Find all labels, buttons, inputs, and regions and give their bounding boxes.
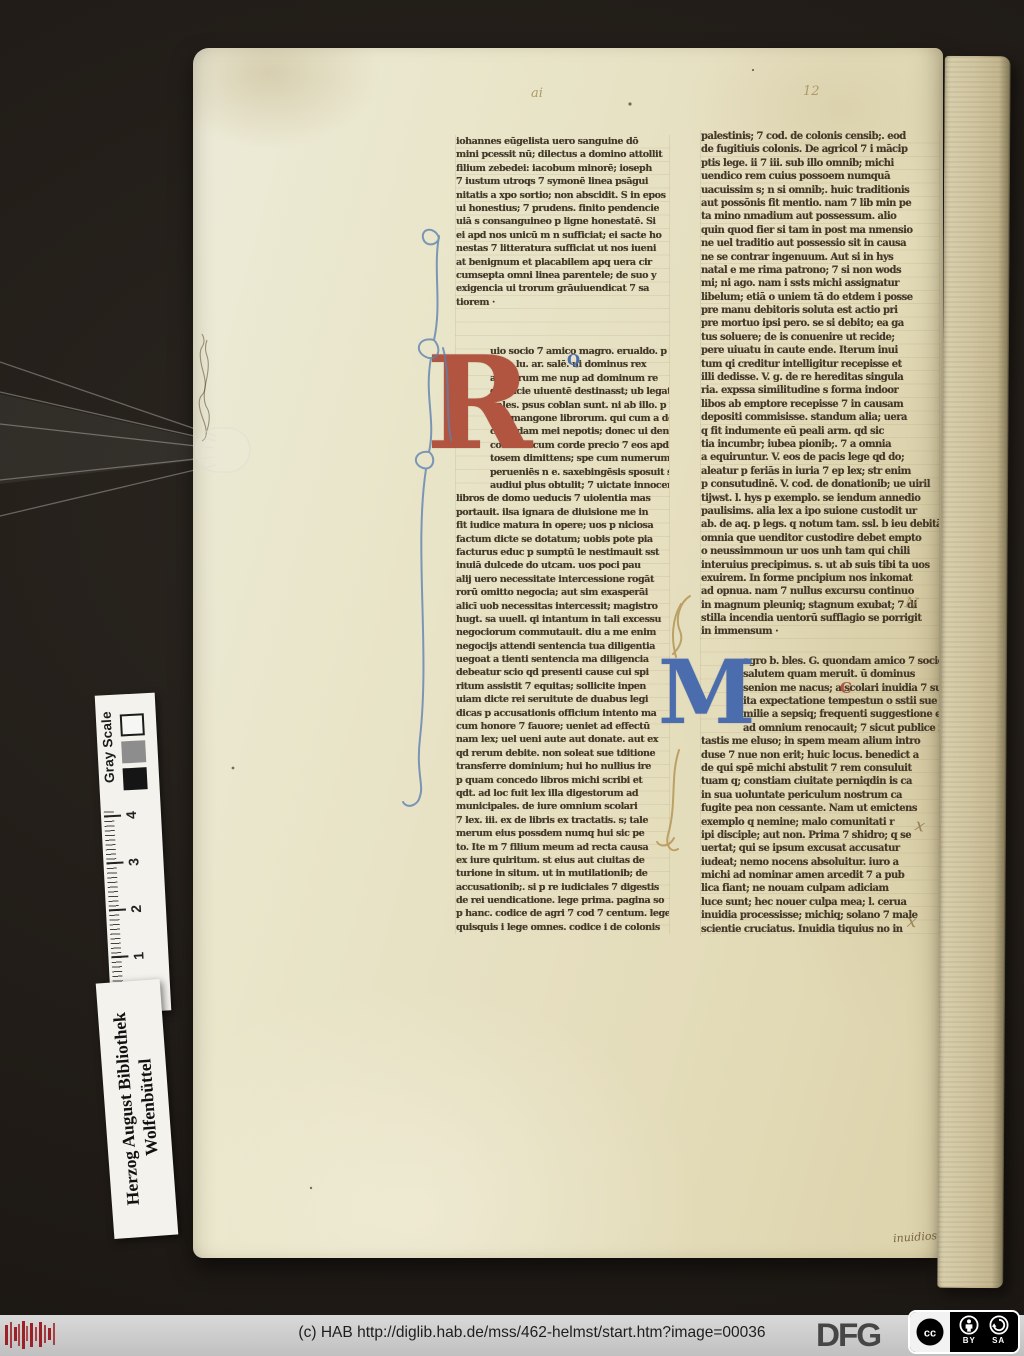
dropcap-spacer xyxy=(701,655,743,723)
manuscript-text-line: cuiusdam mei nepotis; donec ui dentur xyxy=(490,425,669,438)
manuscript-text-line: ne uel traditio aut possessio sit in cau… xyxy=(701,237,939,250)
manuscript-text-line: uales. psus coblan sunt. ni ab illo. p p… xyxy=(490,399,669,412)
text-block: uio socio 7 amico magro. erualdo. pbles.… xyxy=(456,345,669,934)
manuscript-text-line: fugite pea non cessante. Nam ut emictens xyxy=(701,802,939,815)
swatch-gray xyxy=(121,740,146,763)
ruler-scale: 01234 xyxy=(100,797,171,1012)
manuscript-text-line: uegoat a tienti sentencia ma diligencia xyxy=(456,653,669,666)
manuscript-text-line: interuius precipimus. s. ut ab suis tibi… xyxy=(701,559,939,572)
manuscript-text-line: cumsepta omni linea parentele; de suo y xyxy=(456,269,669,282)
manuscript-text-line: qdt. ad loc fuit lex illa digestorum ad xyxy=(456,787,669,800)
manuscript-text-line: q fit indumente eū peali arm. qd sic xyxy=(701,425,939,438)
manuscript-text-line: iohannes eūgelista uero sanguine dō xyxy=(456,135,669,148)
text-block: iohannes eūgelista uero sanguine dōmini … xyxy=(456,135,669,309)
manuscript-text-line: duse 7 nue non erit; huic locus. benedic… xyxy=(701,749,939,762)
text-column-left: iohannes eūgelista uero sanguine dōmini … xyxy=(455,135,670,934)
manuscript-text-line: turione in situm. ut in mutilationib; de xyxy=(456,867,669,880)
manuscript-text-line: qd rerum debite. non soleat sue tditione xyxy=(456,747,669,760)
scan-viewer: ai 12 iohannes eūgelista uero sanguine d… xyxy=(0,0,1024,1356)
cc-logo-icon: cc xyxy=(915,1317,945,1347)
swatch-white xyxy=(120,713,145,736)
manuscript-text-line: ritum assistit 7 equitas; sollicite inpe… xyxy=(456,680,669,693)
manuscript-text-line: libos ab emptore recepisse 7 in causam xyxy=(701,398,939,411)
manuscript-text-line: ria. expssa similitudine s forma indoor xyxy=(701,384,939,397)
manuscript-text-line: p quam concedo libros michi scribi et xyxy=(456,774,669,787)
manuscript-text-line: nestas 7 litteratura sufficiat ut nos iu… xyxy=(456,242,669,255)
manuscript-text-line: ad omnium renocauit; 7 sicut publice iam xyxy=(743,722,939,735)
credit-bar: (c) HAB http://diglib.hab.de/mss/462-hel… xyxy=(0,1315,1024,1356)
manuscript-text-line: factum dicte se dotatum; uobis pote pia xyxy=(456,533,669,546)
svg-text:cc: cc xyxy=(924,1328,936,1340)
cc-by-person-icon xyxy=(959,1315,979,1335)
manuscript-text-line: gē fricie uiuentē destinasst; ub legatiu… xyxy=(490,385,669,398)
manuscript-text-line: negocijs attendi sentencia tua diligenti… xyxy=(456,640,669,653)
text-column-right: palestinis; 7 cod. de colonis censib;. e… xyxy=(700,130,940,936)
manuscript-text-line: tijwst. l. hys p exemplo. se iendum anne… xyxy=(701,492,939,505)
manuscript-text-line: exuirem. In forme pncipium nos inkomat xyxy=(701,572,939,585)
manuscript-text-line: inuiā dulcede do utcam. uos poci pau xyxy=(456,559,669,572)
manuscript-text-line: scientie cruciatus. Inuidia tiquius no i… xyxy=(701,923,939,936)
marginal-x-mark: x xyxy=(906,912,917,933)
manuscript-text-line: mi; ni ago. nam i ssts michi assignatur xyxy=(701,277,939,290)
manuscript-text-line: uio socio 7 amico magro. erualdo. p xyxy=(490,345,669,358)
manuscript-text-line: depositi commisisse. standum alia; uera xyxy=(701,411,939,424)
manuscript-text-line: a equiruntur. V. eos de pacis lege qd do… xyxy=(701,451,939,464)
manuscript-text-line: exigencia ui trorum grāuiuendicat 7 sa xyxy=(456,282,669,295)
manuscript-text-line: palestinis; 7 cod. de colonis censib;. e… xyxy=(701,130,939,143)
edge-writing xyxy=(199,334,209,441)
manuscript-text-line: uiam dicte rei seruitute de duabus legi xyxy=(456,693,669,706)
manuscript-text-line: inuidia processisse; michiq; solano 7 ma… xyxy=(701,909,939,922)
manuscript-text-line: perueniēs n e. saxebingēsis sposuit sicu… xyxy=(490,466,669,479)
manuscript-text-line: de fugitiuis colonis. De agricol 7 i māc… xyxy=(701,143,939,156)
cc-sa-label: SA xyxy=(992,1336,1005,1345)
manuscript-text-line: tastis me eluso; in spem meam alium intr… xyxy=(701,735,939,748)
manuscript-text-line: pre mortuo ipsi pero. se si debito; ea g… xyxy=(701,317,939,330)
gray-scale-title: Gray Scale xyxy=(98,695,118,800)
gray-scale-card: 01234 Gray Scale xyxy=(95,693,172,1014)
manuscript-text-line: negociorum commutauit. diu a me enim xyxy=(456,626,669,639)
manuscript-text-line: dicas p accusationis officium intento ma xyxy=(456,707,669,720)
manuscript-page: ai 12 iohannes eūgelista uero sanguine d… xyxy=(193,48,943,1258)
manuscript-text-line: municipales. de iure omnium scolari xyxy=(456,800,669,813)
manuscript-text-line: o neussimmoun ur uos unh tam qui chili xyxy=(701,545,939,558)
manuscript-text-line: tia incumbr; iubea pionib;. 7 a omnia xyxy=(701,438,939,451)
manuscript-text-line: nitatis a xpo sortio; non abscidit. S in… xyxy=(456,189,669,202)
manuscript-text-line: hugt. sa uuell. qi intantum in tali exce… xyxy=(456,613,669,626)
manuscript-text-line: transferre dominium; hui ho nullius ire xyxy=(456,760,669,773)
manuscript-text-line: tum qi creditur intelligitur recepisse e… xyxy=(701,358,939,371)
manuscript-text-line: tus soluere; de is conuenire ut recide; xyxy=(701,331,939,344)
manuscript-text-line: alicī uob necessitas intercessit; magist… xyxy=(456,600,669,613)
manuscript-text-line: lico mangone librorum. qui cum a dopn xyxy=(490,412,669,425)
manuscript-text-line: ei apd nos unicū m n sufficiat; ei sacte… xyxy=(456,229,669,242)
manuscript-text-line: salutem quam meruit. ū dominus xyxy=(743,668,939,681)
manuscript-text-line: exemplo q nemine; malo comunitati r xyxy=(701,816,939,829)
text-block: agro b. bles. G. quondam amico 7 socio s… xyxy=(701,655,939,936)
manuscript-text-line: at benignum et placabilem apq uera cir xyxy=(456,256,669,269)
dfg-logo: DFG xyxy=(816,1317,880,1354)
dropcap-spacer xyxy=(456,345,490,479)
manuscript-text-line: uertat; qui se ipsum excusat accusatur xyxy=(701,842,939,855)
manuscript-text-line: merum eius possdem numq hui sic pe xyxy=(456,827,669,840)
manuscript-text-line: libelum; etiā o uniem tā do etdem i poss… xyxy=(701,291,939,304)
manuscript-text-line: iudeat; nemo nocens absoluitur. iuro a xyxy=(701,856,939,869)
manuscript-text-line: portauit. ilsa ignara de diuisione me in xyxy=(456,506,669,519)
manuscript-text-line: filium zebedei: iacobum minorē; ioseph xyxy=(456,162,669,175)
ruler-number: 3 xyxy=(125,852,142,873)
manuscript-text-line: conueni cum corde precio 7 eos apd uech xyxy=(490,439,669,452)
manuscript-text-line: accusationib;. si p re iudiciales 7 dige… xyxy=(456,881,669,894)
manuscript-text-line: ne se contrar ingenuum. Aut si in hys xyxy=(701,251,939,264)
hab-red-mark-icon xyxy=(4,1321,62,1351)
manuscript-text-line: tuam q; constiam ciuitate perniqdin is c… xyxy=(701,775,939,788)
manuscript-text-line: ab. de aq. p legs. q notum tam. ssl. b i… xyxy=(701,518,939,531)
manuscript-text-line: ui honestius; 7 prudens. finito pendenci… xyxy=(456,202,669,215)
manuscript-text-line: ipi disciple; aut non. Prima 7 shidro; q… xyxy=(701,829,939,842)
folio-mark-right: 12 xyxy=(803,84,820,99)
manuscript-text-line: ta mino nmadium aut possessum. alio xyxy=(701,210,939,223)
manuscript-text-line: ad opnua. nam 7 nullus excursu continuo xyxy=(701,585,939,598)
gray-scale-swatches: Gray Scale xyxy=(95,693,160,800)
manuscript-text-line: in sua uoluntate periculum nostrum ca xyxy=(701,789,939,802)
text-block: palestinis; 7 cod. de colonis censib;. e… xyxy=(701,130,939,639)
marginal-nota-mark: N xyxy=(904,593,920,613)
manuscript-text-line: uacuissim s; n si omnib;. huic tradition… xyxy=(701,184,939,197)
manuscript-text-line: alij uero necessitate intercessione rogā… xyxy=(456,573,669,586)
manuscript-text-line: rorū omitto negocia; aut sim exasperāi xyxy=(456,586,669,599)
book-fore-edge xyxy=(937,56,1011,1288)
manuscript-text-line: pre manu debitoris soluta est actio pri xyxy=(701,304,939,317)
manuscript-text-line: quisquis i lege omnes. codice i de colon… xyxy=(456,921,669,934)
manuscript-text-line: stilla incendia uentorū sufflagio se por… xyxy=(701,612,939,625)
swatch-black xyxy=(123,767,148,790)
manuscript-text-line: milie a sepsiq; frequenti suggestione e … xyxy=(743,708,939,721)
manuscript-text-line: anglorum me nup ad dominum re xyxy=(490,372,669,385)
copyright-url-text: (c) HAB http://diglib.hab.de/mss/462-hel… xyxy=(298,1324,765,1342)
manuscript-text-line: to. Ite m 7 filium meum ad recta causa xyxy=(456,841,669,854)
manuscript-text-line: senion me nacus; a scolari inuidia 7 sub xyxy=(743,682,939,695)
manuscript-text-line: aleatur p feriās in iuria 7 ep lex; str … xyxy=(701,465,939,478)
manuscript-text-line: nam lex; uel ueni aute aut donate. aut e… xyxy=(456,733,669,746)
manuscript-text-line: ex iure quiritum. st eius aut ciuitas de xyxy=(456,854,669,867)
manuscript-text-line: audiui plus obtulit; 7 uictate innocent xyxy=(490,479,669,492)
manuscript-text-line: libros de domo ueducis 7 uiolentia mas xyxy=(456,492,669,505)
library-label-card: Herzog August Bibliothek Wolfenbüttel xyxy=(96,979,179,1239)
cc-sa-arrow-icon xyxy=(989,1315,1009,1335)
manuscript-text-line: illi dedisse. V. g. de re hereditas sing… xyxy=(701,371,939,384)
ruler-number: 4 xyxy=(122,805,139,826)
manuscript-text-line: de rei uendicatione. lege prima. pagina … xyxy=(456,894,669,907)
manuscript-text-line: debeatur scio qd presenti cause cui spi xyxy=(456,666,669,679)
manuscript-text-line: uendico rem cuius possoem numquā xyxy=(701,170,939,183)
manuscript-text-line: cum honore 7 fauore; ueniet ad effectū xyxy=(456,720,669,733)
manuscript-text-line: uiā s consanguineo p ligne honestatē. Si xyxy=(456,215,669,228)
manuscript-text-line: lica fiant; ne nouam culpam adiciam xyxy=(701,882,939,895)
manuscript-text-line: omnia que uenditor custodire debet empto xyxy=(701,532,939,545)
manuscript-text-line: luce sunt; hec nouer culpa mea; l. cerua xyxy=(701,896,939,909)
cc-by-label: BY xyxy=(963,1336,976,1345)
manuscript-text-line: tosem dimittens; spe cum numerum. su xyxy=(490,452,669,465)
manuscript-text-line: 7 iustum utroqs 7 symonē linea psāgui xyxy=(456,175,669,188)
ruler-numbers: 01234 xyxy=(100,797,171,1012)
ruler-number: 1 xyxy=(130,945,147,966)
folio-mark-left: ai xyxy=(531,86,543,101)
cc-license-badge: cc BY SA xyxy=(908,1310,1020,1354)
manuscript-text-line: ptis lege. ii 7 iii. sub illo omnib; mic… xyxy=(701,157,939,170)
manuscript-text-line: 7 lex. iii. ex de libris ex tractatis. s… xyxy=(456,814,669,827)
manuscript-text-line: tiorem · xyxy=(456,296,669,309)
manuscript-text-line: mini pcessit nū; dilectus a domino attol… xyxy=(456,148,669,161)
manuscript-text-line: quin quod fier si tam in post ma nmensio xyxy=(701,224,939,237)
manuscript-text-line: ita expectatione tempestun o sstii sue f… xyxy=(743,695,939,708)
manuscript-text-line: facturus educ p sumptū le nestimauit sst xyxy=(456,546,669,559)
ruler-number: 2 xyxy=(127,899,144,920)
manuscript-text-line: paulisims. alia lex a ipo suione custodi… xyxy=(701,505,939,518)
manuscript-text-line: natal e me rima patrono; 7 si non wods xyxy=(701,264,939,277)
manuscript-text-line: agro b. bles. G. quondam amico 7 socio s… xyxy=(743,655,939,668)
manuscript-text-line: in immensum · xyxy=(701,625,939,638)
manuscript-text-line: p hanc. codice de agri 7 cod 7 centum. l… xyxy=(456,907,669,920)
manuscript-text-line: bles. lu. ar. salē. ui dominus rex xyxy=(490,358,669,371)
manuscript-text-line: aut possōnis fit mentio. nam 7 lib min p… xyxy=(701,197,939,210)
manuscript-text-line: michi ad nominar amen arcedit 7 a pub xyxy=(701,869,939,882)
manuscript-text-line: p consutudinē. V. cod. de donationib; ue… xyxy=(701,478,939,491)
manuscript-text-line: de qui spē michi abstulit 7 rem consului… xyxy=(701,762,939,775)
manuscript-text-line: fit iudice matura in opere; uos p nicios… xyxy=(456,519,669,532)
manuscript-text-line: pere uiuatu in caute ende. Iterum inui xyxy=(701,344,939,357)
